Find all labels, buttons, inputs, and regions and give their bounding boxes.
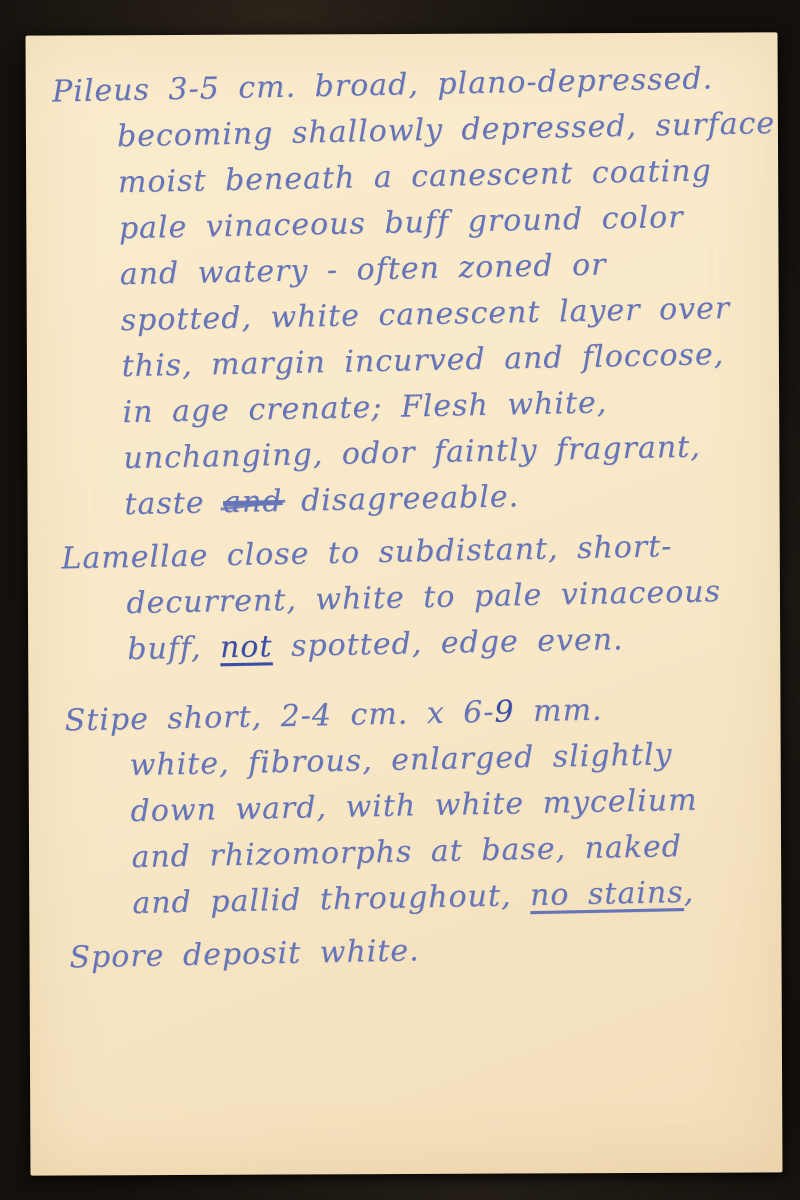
note-paragraph: Stipe short, 2-4 cm. x 6-9 mm.white, fib… xyxy=(64,684,768,928)
note-text-segment: becoming shallowly depressed, surface xyxy=(117,106,776,154)
note-text-segment: Stipe short, 2-4 cm. x 6- xyxy=(64,695,494,739)
note-text-segment: decurrent, white to pale vinaceous xyxy=(126,574,721,621)
note-text-segment: disagreeable. xyxy=(282,479,519,519)
note-paragraph: Spore deposit white. xyxy=(69,921,770,981)
note-text-segment: and watery - often zoned or xyxy=(119,247,606,292)
photo-background: Pileus 3-5 cm. broad, plano-depressed.be… xyxy=(0,0,800,1200)
note-text-segment: pale vinaceous buff ground color xyxy=(119,200,684,246)
underlined-word: not xyxy=(220,629,273,665)
underlined-word: no stains xyxy=(530,875,684,913)
note-text-segment: and rhizomorphs at base, naked xyxy=(131,829,682,875)
note-line: Spore deposit white. xyxy=(69,921,770,981)
note-text-segment: down ward, with white mycelium xyxy=(130,783,698,829)
note-paragraph: Pileus 3-5 cm. broad, plano-depressed.be… xyxy=(52,55,761,529)
index-card: Pileus 3-5 cm. broad, plano-depressed.be… xyxy=(26,32,783,1175)
note-paragraph: Lamellae close to subdistant, short-decu… xyxy=(61,522,764,674)
note-text-segment: , xyxy=(683,875,694,910)
note-text-segment: Spore deposit white. xyxy=(69,933,420,975)
note-text-segment: moist beneath a canescent coating xyxy=(118,153,712,200)
note-text-segment: spotted, white canescent layer over xyxy=(120,291,730,338)
note-text-segment: taste xyxy=(124,485,223,522)
note-text-segment: spotted, edge even. xyxy=(272,622,624,664)
note-text-segment: Lamellae close to subdistant, short- xyxy=(61,529,673,576)
note-text-segment: this, margin incurved and floccose, xyxy=(121,337,724,384)
note-text-segment: Pileus 3-5 cm. broad, plano-depressed. xyxy=(52,61,714,109)
note-text-segment: unchanging, odor faintly fragrant, xyxy=(123,430,701,477)
note-text-segment: white, fibrous, enlarged slightly xyxy=(129,737,672,783)
handwritten-note: Pileus 3-5 cm. broad, plano-depressed.be… xyxy=(52,55,770,981)
note-text-segment: 9 xyxy=(494,694,515,729)
struck-out-word: and xyxy=(223,484,283,520)
note-text-segment: in age crenate; Flesh white, xyxy=(122,385,607,430)
note-text-segment: buff, xyxy=(127,630,220,667)
note-text-segment: and pallid throughout, xyxy=(132,878,530,921)
note-text-segment: mm. xyxy=(514,693,603,730)
